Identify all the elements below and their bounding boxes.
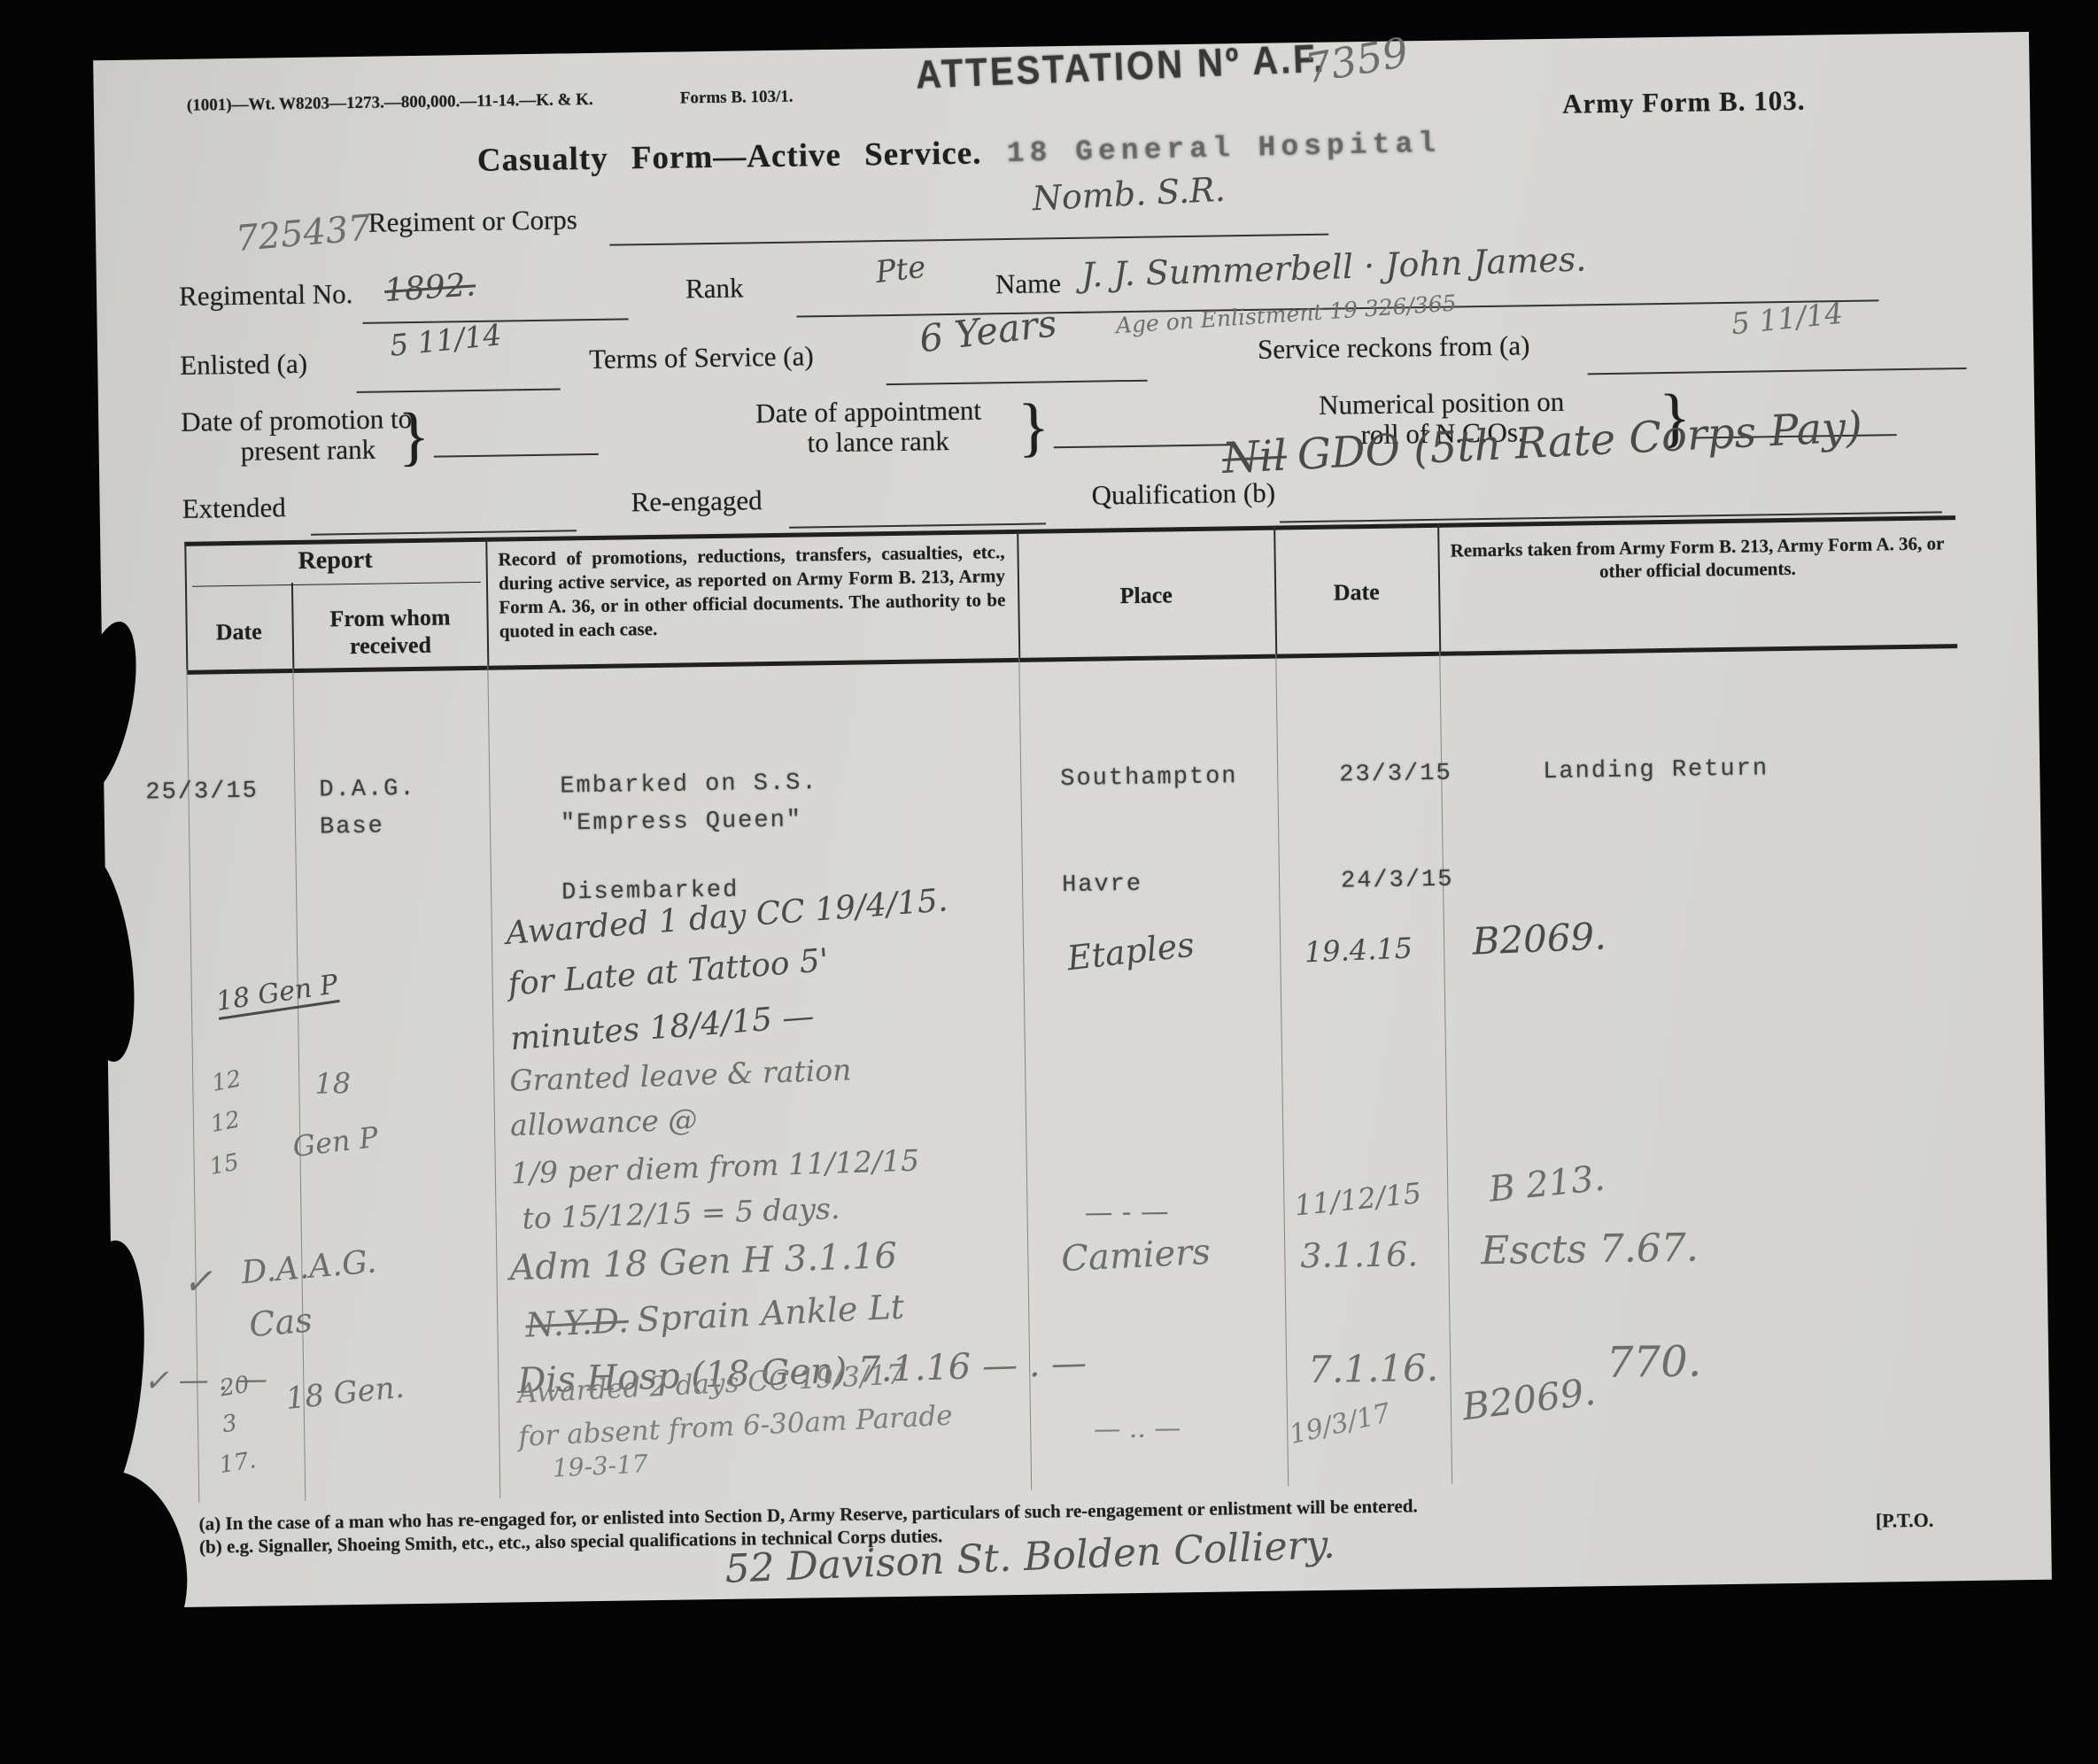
row1-remarks: Landing Return <box>1543 755 1769 785</box>
table-row: 12 12 15 18 Gen P Granted leave & ration… <box>192 1042 1966 1259</box>
row1-record-line2: "Empress Queen" <box>561 808 802 838</box>
service-reckons-label: Service reckons from (a) <box>1258 329 1530 366</box>
rank-label: Rank <box>685 272 744 305</box>
row1-place-line1: Southampton <box>1060 763 1238 793</box>
row3-report-date-1: 12 <box>210 1065 244 1097</box>
printer-code: (1001)—Wt. W8203—1273.—800,000.—11-14.—K… <box>187 90 593 116</box>
row3-date: 11/12/15 <box>1293 1176 1423 1222</box>
regiment-value-handwritten: Nomb. S.R. <box>1032 170 1227 219</box>
row1-from-line2: Base <box>320 814 384 841</box>
attestation-stamp: ATTESTATION Nº A.F. <box>915 37 1327 98</box>
row2-record-line3: minutes 18/4/15 — <box>509 998 816 1057</box>
row1-from-line1: D.A.G. <box>319 776 416 804</box>
row2-remarks: B2069. <box>1472 914 1607 963</box>
row3-place: — - — <box>1084 1194 1169 1228</box>
reengaged-label: Re-engaged <box>631 484 763 518</box>
service-reckons-underline <box>1588 367 1967 375</box>
row4-remarks-line1: Escts 7.67. <box>1481 1226 1699 1274</box>
form-title: Casualty Form—Active Service. <box>477 134 982 179</box>
promotion-underline <box>434 453 599 458</box>
row5-report-date-3: 17. <box>218 1447 258 1479</box>
extended-underline <box>311 530 577 535</box>
regiment-label: Regiment or Corps <box>368 204 577 238</box>
row5-report-date-1: 20 <box>218 1372 251 1403</box>
row5-record-line2: for absent from 6-30am Parade <box>518 1400 954 1453</box>
row4-record-line2-text: Sprain Ankle Lt <box>636 1287 905 1339</box>
regimental-no-value-handwritten: 1892. <box>383 267 477 309</box>
extended-label: Extended <box>182 491 286 525</box>
row4-place: Camiers <box>1060 1232 1212 1280</box>
enlisted-underline <box>357 389 561 393</box>
col-remarks-header: Remarks taken from Army Form B. 213, Arm… <box>1446 531 1948 584</box>
report-subdivider <box>192 582 481 587</box>
row4-from-line2: Cas <box>248 1300 314 1344</box>
row4-record-struck: N.Y.D. <box>524 1301 629 1345</box>
appointment-brace: } <box>1018 390 1050 466</box>
col-from-whom-header: From whom received <box>298 603 482 661</box>
army-form-number: Army Form B. 103. <box>1562 85 1806 120</box>
pto-label: [P.T.O. <box>1876 1509 1934 1533</box>
terms-value-handwritten: 6 Years <box>917 301 1058 360</box>
row3-remarks: B 213. <box>1487 1158 1606 1211</box>
row4-checkmark-1: ✓ <box>182 1261 213 1302</box>
row3-record-line4: to 15/12/15 = 5 days. <box>522 1191 840 1236</box>
row5-report-date-2: 3 <box>221 1410 239 1438</box>
row1-record-line1: Embarked on S.S. <box>560 770 818 800</box>
row3-record-line2: allowance @ <box>509 1102 697 1142</box>
qualification-struck-word: Nil <box>1221 430 1288 484</box>
regiment-underline <box>609 234 1328 246</box>
enlisted-value-handwritten: 5 11/14 <box>388 317 503 363</box>
table-row: 20 3 17. 18 Gen. Awarded 2 days CC 19/3/… <box>197 1348 1970 1507</box>
appointment-label-line2: to lance rank <box>807 425 949 459</box>
hospital-stamp: 18 General Hospital <box>1006 128 1441 171</box>
row2-date: 19.4.15 <box>1304 931 1413 969</box>
col-report-header: Report <box>184 545 485 577</box>
row5-date: 19/3/17 <box>1287 1397 1394 1451</box>
row3-from-line2: Gen P <box>290 1120 380 1164</box>
terms-underline <box>886 380 1148 385</box>
pencil-service-number: 725437 <box>234 207 372 259</box>
col-place-header: Place <box>1018 581 1274 611</box>
promotion-brace: } <box>398 399 430 476</box>
row3-from-line1: 18 <box>314 1066 351 1101</box>
row1-date-line1: 23/3/15 <box>1339 761 1452 789</box>
forms-reference: Forms B. 103/1. <box>680 88 794 109</box>
row3-record-line3: 1/9 per diem from 11/12/15 <box>510 1143 919 1191</box>
row2-from: 18 Gen P <box>214 969 341 1020</box>
row4-record-line2: N.Y.D. Sprain Ankle Lt <box>524 1287 905 1345</box>
numerical-label-line1: Numerical position on <box>1319 386 1565 422</box>
regimental-no-label: Regimental No. <box>179 278 353 313</box>
terms-of-service-label: Terms of Service (a) <box>589 340 814 375</box>
appointment-underline <box>1054 444 1231 448</box>
row5-from: 18 Gen. <box>284 1370 406 1417</box>
row4-date-line1: 3.1.16. <box>1300 1234 1419 1275</box>
row5-record-line3: 19-3-17 <box>552 1449 649 1482</box>
row2-record-line2: for Late at Tattoo 5' <box>507 942 830 1002</box>
reengaged-underline <box>789 522 1046 528</box>
form-paper-sheet: (1001)—Wt. W8203—1273.—800,000.—11-14.—K… <box>93 32 2052 1608</box>
service-record-table: Report Date From whom received Record of… <box>184 515 1970 1512</box>
promotion-label-line2: present rank <box>240 434 375 468</box>
row5-remarks: B2069. <box>1459 1370 1598 1429</box>
row1-report-date: 25/3/15 <box>145 778 259 807</box>
row2-place: Etaples <box>1065 925 1196 979</box>
col-report-date-header: Date <box>186 618 292 646</box>
row3-report-date-3: 15 <box>207 1149 241 1180</box>
promotion-label-line1: Date of promotion to <box>181 403 412 438</box>
row5-place: — .. — <box>1094 1412 1181 1444</box>
rank-value-handwritten: Pte <box>874 250 928 290</box>
col-date2-header: Date <box>1274 578 1438 607</box>
col-record-header: Record of promotions, reductions, transf… <box>498 540 1006 643</box>
scanned-document-page: { "colors": {"paper": "#d6d5d1", "ink": … <box>0 0 2098 1764</box>
row3-report-date-2: 12 <box>208 1106 242 1138</box>
name-value-handwritten: J. J. Summerbell · John James. <box>1080 239 1587 294</box>
enlisted-label: Enlisted (a) <box>180 348 307 382</box>
header-vline-2 <box>485 538 489 666</box>
name-label: Name <box>995 267 1062 300</box>
